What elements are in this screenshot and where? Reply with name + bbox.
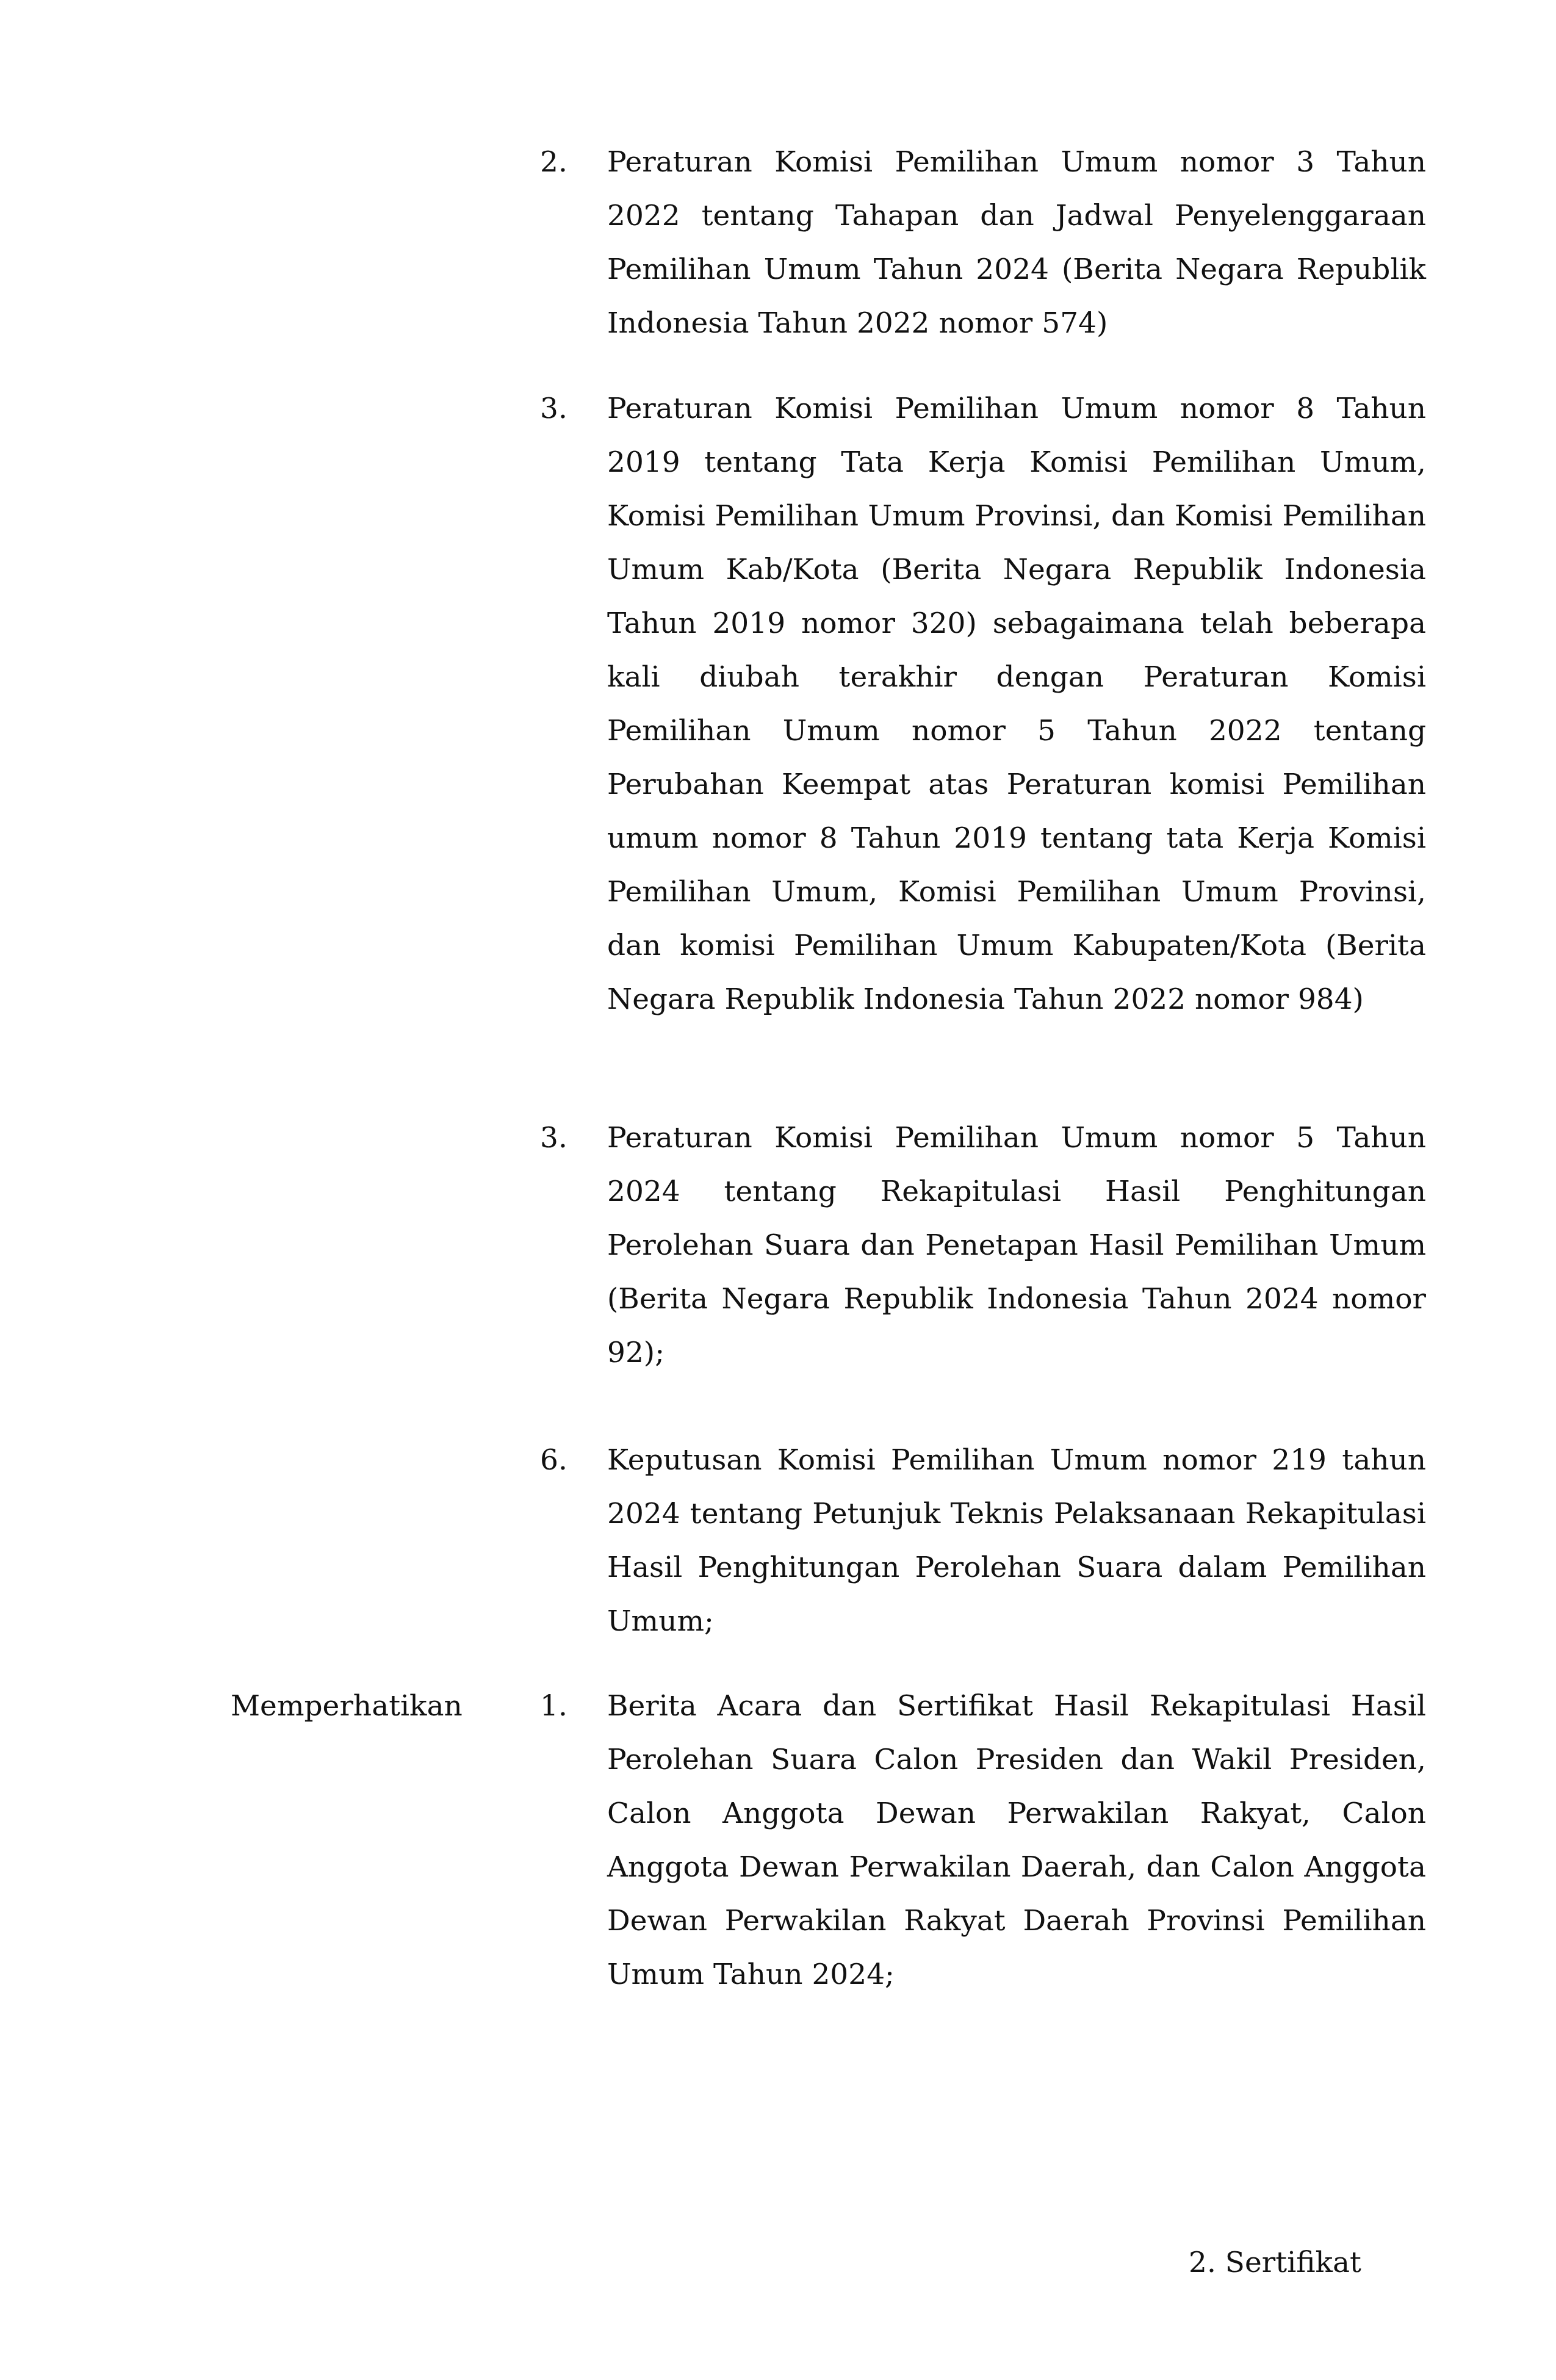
item-text: Berita Acara dan Sertifikat Hasil Rekapi… xyxy=(607,1679,1426,2002)
document-page: 2. Peraturan Komisi Pemilihan Umum nomor… xyxy=(0,0,1556,2380)
list-item: 1. Berita Acara dan Sertifikat Hasil Rek… xyxy=(540,1679,1426,2002)
item-number: 1. xyxy=(540,1679,601,1733)
item-text: Peraturan Komisi Pemilihan Umum nomor 3 … xyxy=(607,135,1426,350)
list-item: 3. Peraturan Komisi Pemilihan Umum nomor… xyxy=(540,382,1426,1026)
item-number: 2. xyxy=(540,135,601,189)
item-number: 3. xyxy=(540,1111,601,1165)
list-item: 2. Peraturan Komisi Pemilihan Umum nomor… xyxy=(540,135,1426,350)
item-text: Keputusan Komisi Pemilihan Umum nomor 21… xyxy=(607,1433,1426,1648)
item-number: 3. xyxy=(540,382,601,436)
page-continuation: 2. Sertifikat xyxy=(1189,2236,1361,2290)
list-item: 6. Keputusan Komisi Pemilihan Umum nomor… xyxy=(540,1433,1426,1648)
item-text: Peraturan Komisi Pemilihan Umum nomor 8 … xyxy=(607,382,1426,1026)
item-text: Peraturan Komisi Pemilihan Umum nomor 5 … xyxy=(607,1111,1426,1380)
list-item: 3. Peraturan Komisi Pemilihan Umum nomor… xyxy=(540,1111,1426,1380)
section-label-memperhatikan: Memperhatikan xyxy=(231,1679,463,1733)
item-number: 6. xyxy=(540,1433,601,1487)
